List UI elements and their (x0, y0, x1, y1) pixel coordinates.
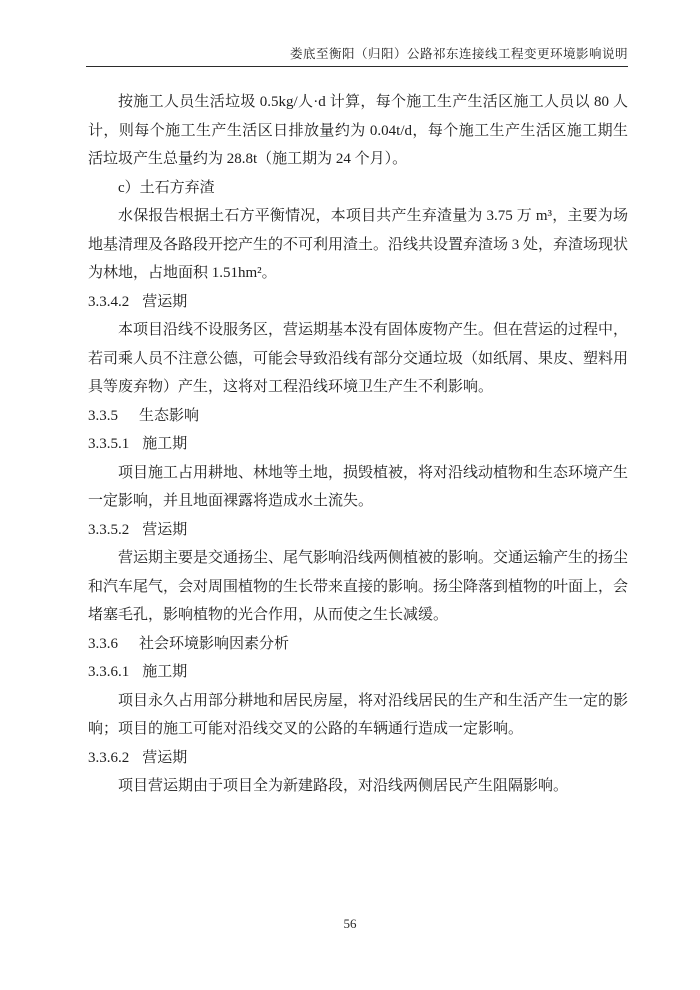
section-title: 社会环境影响因素分析 (139, 636, 289, 652)
section-number: 3.3.6 (88, 630, 118, 659)
paragraph-social-construction: 项目永久占用部分耕地和居民房屋，将对沿线居民的生产和生活产生一定的影响；项目的施… (88, 687, 628, 744)
list-item-spoil: c）土石方弃渣 (88, 174, 628, 203)
section-number: 3.3.5.1 (88, 430, 129, 459)
section-heading-3361: 3.3.6.1施工期 (88, 658, 628, 687)
section-heading-335: 3.3.5生态影响 (88, 402, 628, 431)
section-title: 营运期 (142, 750, 187, 766)
section-number: 3.3.4.2 (88, 288, 129, 317)
section-title: 营运期 (142, 294, 187, 310)
section-heading-3342: 3.3.4.2营运期 (88, 288, 628, 317)
paragraph-spoil-detail: 水保报告根据土石方平衡情况，本项目共产生弃渣量为 3.75 万 m³，主要为场地… (88, 202, 628, 288)
header-title: 娄底至衡阳（归阳）公路祁东连接线工程变更环境影响说明 (290, 44, 628, 62)
section-title: 施工期 (142, 436, 187, 452)
section-number: 3.3.6.2 (88, 744, 129, 773)
paragraph-social-operation: 项目营运期由于项目全为新建路段，对沿线两侧居民产生阻隔影响。 (88, 772, 628, 801)
document-page: 娄底至衡阳（归阳）公路祁东连接线工程变更环境影响说明 按施工人员生活垃圾 0.5… (0, 0, 700, 990)
paragraph-eco-construction: 项目施工占用耕地、林地等土地，损毁植被，将对沿线动植物和生态环境产生一定影响，并… (88, 459, 628, 516)
section-number: 3.3.5.2 (88, 516, 129, 545)
page-number: 56 (344, 916, 357, 931)
section-number: 3.3.6.1 (88, 658, 129, 687)
section-number: 3.3.5 (88, 402, 118, 431)
document-body: 按施工人员生活垃圾 0.5kg/人·d 计算，每个施工生产生活区施工人员以 80… (88, 88, 628, 801)
page-header: 娄底至衡阳（归阳）公路祁东连接线工程变更环境影响说明 (86, 0, 628, 67)
section-title: 施工期 (142, 664, 187, 680)
section-heading-336: 3.3.6社会环境影响因素分析 (88, 630, 628, 659)
paragraph-eco-operation: 营运期主要是交通扬尘、尾气影响沿线两侧植被的影响。交通运输产生的扬尘和汽车尾气，… (88, 544, 628, 630)
section-heading-3351: 3.3.5.1施工期 (88, 430, 628, 459)
section-heading-3362: 3.3.6.2营运期 (88, 744, 628, 773)
section-title: 营运期 (142, 522, 187, 538)
page-footer: 56 (0, 916, 700, 932)
paragraph-operation-waste: 本项目沿线不设服务区，营运期基本没有固体废物产生。但在营运的过程中，若司乘人员不… (88, 316, 628, 402)
paragraph-waste-calc: 按施工人员生活垃圾 0.5kg/人·d 计算，每个施工生产生活区施工人员以 80… (88, 88, 628, 174)
section-heading-3352: 3.3.5.2营运期 (88, 516, 628, 545)
section-title: 生态影响 (139, 408, 199, 424)
